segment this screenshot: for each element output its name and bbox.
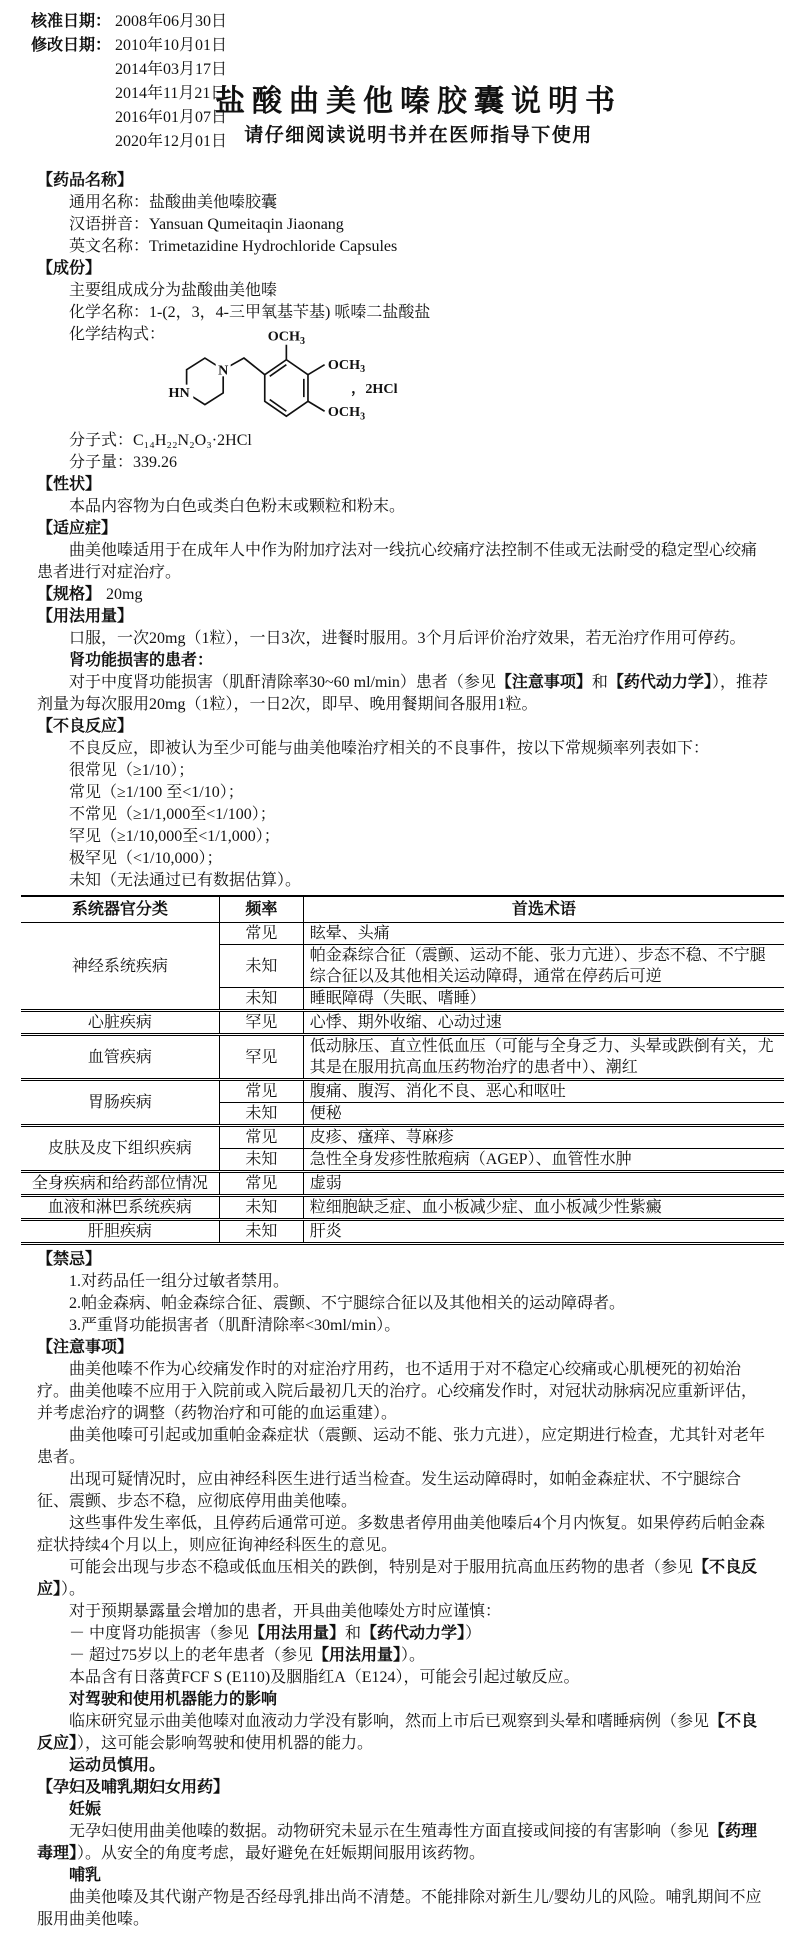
section-heading: 【不良反应】 (37, 716, 770, 738)
paragraph: 可能会出现与步态不稳或低血压相关的跌倒，特别是对于服用抗高血压药物的患者（参见【… (37, 1557, 770, 1601)
subheading: 对驾驶和使用机器能力的影响 (37, 1689, 770, 1711)
paragraph: 未知（无法通过已有数据估算）。 (37, 870, 770, 892)
adverse-reactions-table: 系统器官分类 频率 首选术语 神经系统疾病常见眩晕、头痛未知帕金森综合征（震颤、… (21, 895, 784, 1245)
section-heading: 【用法用量】 (37, 606, 770, 628)
section-heading: 【孕妇及哺乳期妇女用药】 (37, 1777, 770, 1799)
revision-date-value: 2014年03月17日 (31, 58, 227, 82)
preferred-term-cell: 腹痛、腹泻、消化不良、恶心和呕吐 (303, 1080, 784, 1103)
paragraph: 无孕妇使用曲美他嗪的数据。动物研究未显示在生殖毒性方面直接或间接的有害影响（参见… (37, 1821, 770, 1865)
preferred-term-cell: 便秘 (303, 1103, 784, 1126)
organ-class-cell: 血液和淋巴系统疾病 (21, 1196, 219, 1220)
specification-line: 【规格】20mg (37, 584, 770, 606)
drug-insert-document: 核准日期：2008年06月30日 修改日期：2010年10月01日 2014年0… (0, 0, 800, 1943)
approval-date-value: 2008年06月30日 (115, 13, 227, 30)
paragraph: 对于中度肾功能损害（肌酐清除率30~60 ml/min）患者（参见【注意事项】和… (37, 672, 770, 716)
column-header-organ: 系统器官分类 (21, 896, 219, 923)
preferred-term-cell: 帕金森综合征（震颤、运动不能、张力亢进）、步态不稳、不宁腿综合征以及其他相关运动… (303, 945, 784, 988)
organ-class-cell: 全身疾病和给药部位情况 (21, 1172, 219, 1196)
section-heading: 【性状】 (37, 474, 770, 496)
paragraph: 曲美他嗪适用于在成年人中作为附加疗法对一线抗心绞痛疗法控制不佳或无法耐受的稳定型… (37, 540, 770, 584)
paragraph: 主要组成成分为盐酸曲美他嗪 (37, 280, 770, 302)
organ-class-cell: 肝胆疾病 (21, 1220, 219, 1244)
section-drug-name: 【药品名称】 通用名称：盐酸曲美他嗪胶囊汉语拼音：Yansuan Qumeita… (37, 170, 770, 258)
preferred-term-cell: 眩晕、头痛 (303, 923, 784, 945)
section-heading: 【药品名称】 (37, 170, 770, 192)
paragraph: 这些事件发生率低，且停药后通常可逆。多数患者停用曲美他嗪后4个月内恢复。如果停药… (37, 1513, 770, 1557)
subheading: 运动员慎用。 (37, 1755, 770, 1777)
table-header-row: 系统器官分类 频率 首选术语 (21, 896, 784, 923)
paragraph: 本品内容物为白色或类白色粉末或颗粒和粉末。 (37, 496, 770, 518)
nh-label: HN (169, 385, 191, 401)
section-contraindications: 【禁忌】 1.对药品任一组分过敏者禁用。2.帕金森病、帕金森综合征、震颤、不宁腿… (37, 1249, 770, 1337)
adverse-table-row: 心脏疾病罕见心悸、期外收缩、心动过速 (21, 1011, 784, 1035)
paragraph: 分子量：339.26 (37, 452, 770, 474)
frequency-cell: 常见 (219, 1172, 303, 1196)
paragraph: 常见（≥1/100 至<1/10）； (37, 782, 770, 804)
frequency-cell: 未知 (219, 1103, 303, 1126)
section-heading: 【注意事项】 (37, 1337, 770, 1359)
subheading: 肾功能损害的患者： (37, 650, 770, 672)
paragraph: 不良反应，即被认为至少可能与曲美他嗪治疗相关的不良事件，按以下常规频率列表如下： (37, 738, 770, 760)
column-header-frequency: 频率 (219, 896, 303, 923)
section-body: 1.对药品任一组分过敏者禁用。2.帕金森病、帕金森综合征、震颤、不宁腿综合征以及… (37, 1271, 770, 1337)
preferred-term-cell: 低动脉压、直立性低血压（可能与全身乏力、头晕或跌倒有关，尤其是在服用抗高血压药物… (303, 1035, 784, 1080)
frequency-cell: 常见 (219, 1080, 303, 1103)
frequency-cell: 未知 (219, 988, 303, 1011)
section-body: 妊娠无孕妇使用曲美他嗪的数据。动物研究未显示在生殖毒性方面直接或间接的有害影响（… (37, 1799, 770, 1931)
methoxy-label-right: OCH3 (328, 357, 365, 375)
section-heading: 【规格】 (37, 586, 101, 603)
preferred-term-cell: 睡眠障碍（失眠、嗜睡） (303, 988, 784, 1011)
paragraph: 不常见（≥1/1,000至<1/100）； (37, 804, 770, 826)
column-header-term: 首选术语 (303, 896, 784, 923)
section-heading: 【适应症】 (37, 518, 770, 540)
page-subtitle: 请仔细阅读说明书并在医师指导下使用 (67, 123, 770, 149)
paragraph: 2.帕金森病、帕金森综合征、震颤、不宁腿综合征以及其他相关的运动障碍者。 (37, 1293, 770, 1315)
organ-class-cell: 皮肤及皮下组织疾病 (21, 1126, 219, 1172)
paragraph: 临床研究显示曲美他嗪对血液动力学没有影响，然而上市后已观察到头晕和嗜睡病例（参见… (37, 1711, 770, 1755)
paragraph: 很常见（≥1/10）； (37, 760, 770, 782)
adverse-table-row: 肝胆疾病未知肝炎 (21, 1220, 784, 1244)
adverse-table-row: 神经系统疾病常见眩晕、头痛 (21, 923, 784, 945)
subheading: 妊娠 (37, 1799, 770, 1821)
section-composition: 【成份】 主要组成成分为盐酸曲美他嗪化学名称：1-(2，3，4-三甲氧基苄基) … (37, 258, 770, 474)
paragraph: － 超过75岁以上的老年患者（参见【用法用量】）。 (37, 1645, 770, 1667)
preferred-term-cell: 心悸、期外收缩、心动过速 (303, 1011, 784, 1035)
section-body: 曲美他嗪适用于在成年人中作为附加疗法对一线抗心绞痛疗法控制不佳或无法耐受的稳定型… (37, 540, 770, 584)
section-body: 本品内容物为白色或类白色粉末或颗粒和粉末。 (37, 496, 770, 518)
section-body: 不良反应，即被认为至少可能与曲美他嗪治疗相关的不良事件，按以下常规频率列表如下：… (37, 738, 770, 892)
chemical-structure-drawing: N HN OCH3 OCH3 OCH3 ，2HCl (165, 328, 431, 428)
frequency-cell: 常见 (219, 1126, 303, 1149)
paragraph: 通用名称：盐酸曲美他嗪胶囊 (37, 192, 770, 214)
paragraph: 1.对药品任一组分过敏者禁用。 (37, 1271, 770, 1293)
paragraph: 英文名称：Trimetazidine Hydrochloride Capsule… (37, 236, 770, 258)
preferred-term-cell: 皮疹、瘙痒、荨麻疹 (303, 1126, 784, 1149)
section-specification: 【规格】20mg (37, 584, 770, 606)
paragraph: 化学名称：1-(2，3，4-三甲氧基苄基) 哌嗪二盐酸盐 (37, 302, 770, 324)
organ-class-cell: 心脏疾病 (21, 1011, 219, 1035)
revision-date-value: 2010年10月01日 (115, 37, 227, 54)
paragraph: 出现可疑情况时，应由神经科医生进行适当检查。发生运动障碍时，如帕金森症状、不宁腿… (37, 1469, 770, 1513)
adverse-table-row: 血管疾病罕见低动脉压、直立性低血压（可能与全身乏力、头晕或跌倒有关，尤其是在服用… (21, 1035, 784, 1080)
section-properties: 【性状】 本品内容物为白色或类白色粉末或颗粒和粉末。 (37, 474, 770, 518)
paragraph: 曲美他嗪可引起或加重帕金森症状（震颤、运动不能、张力亢进），应定期进行检查，尤其… (37, 1425, 770, 1469)
frequency-cell: 未知 (219, 1220, 303, 1244)
adverse-table-row: 胃肠疾病常见腹痛、腹泻、消化不良、恶心和呕吐 (21, 1080, 784, 1103)
methoxy-label-bottom: OCH3 (328, 404, 365, 422)
paragraph: 本品含有日落黄FCF S (E110)及胭脂红A（E124），可能会引起过敏反应… (37, 1667, 770, 1689)
preferred-term-cell: 急性全身发疹性脓疱病（AGEP）、血管性水肿 (303, 1149, 784, 1172)
section-body: 分子式：C₁₄H₂₂N₂O₃·2HCl分子量：339.26 (37, 430, 770, 474)
paragraph: 3.严重肾功能损害者（肌酐清除率<30ml/min）。 (37, 1315, 770, 1337)
revision-date-label: 修改日期： (31, 34, 115, 58)
paragraph: 罕见（≥1/10,000至<1/1,000）； (37, 826, 770, 848)
preferred-term-cell: 肝炎 (303, 1220, 784, 1244)
specification-value: 20mg (106, 586, 142, 603)
section-precautions: 【注意事项】 曲美他嗪不作为心绞痛发作时的对症治疗用药，也不适用于对不稳定心绞痛… (37, 1337, 770, 1777)
section-indications: 【适应症】 曲美他嗪适用于在成年人中作为附加疗法对一线抗心绞痛疗法控制不佳或无法… (37, 518, 770, 584)
paragraph: 分子式：C₁₄H₂₂N₂O₃·2HCl (37, 430, 770, 452)
preferred-term-cell: 粒细胞缺乏症、血小板减少症、血小板减少性紫癜 (303, 1196, 784, 1220)
frequency-cell: 未知 (219, 1149, 303, 1172)
paragraph: 极罕见（<1/10,000）； (37, 848, 770, 870)
paragraph: 曲美他嗪及其代谢产物是否经母乳排出尚不清楚。不能排除对新生儿/婴幼儿的风险。哺乳… (37, 1887, 770, 1931)
frequency-cell: 罕见 (219, 1011, 303, 1035)
adverse-table-row: 全身疾病和给药部位情况常见虚弱 (21, 1172, 784, 1196)
nitrogen-label: N (218, 363, 229, 379)
frequency-cell: 未知 (219, 1196, 303, 1220)
section-adverse-reactions: 【不良反应】 不良反应，即被认为至少可能与曲美他嗪治疗相关的不良事件，按以下常规… (37, 716, 770, 1245)
hydrochloride-label: ，2HCl (351, 381, 397, 397)
paragraph: 曲美他嗪不作为心绞痛发作时的对症治疗用药，也不适用于对不稳定心绞痛或心肌梗死的初… (37, 1359, 770, 1425)
organ-class-cell: 血管疾病 (21, 1035, 219, 1080)
frequency-cell: 常见 (219, 923, 303, 945)
organ-class-cell: 胃肠疾病 (21, 1080, 219, 1126)
paragraph: 口服，一次20mg（1粒），一日3次，进餐时服用。3个月后评价治疗效果，若无治疗… (37, 628, 770, 650)
frequency-cell: 未知 (219, 945, 303, 988)
adverse-table-row: 血液和淋巴系统疾病未知粒细胞缺乏症、血小板减少症、血小板减少性紫癜 (21, 1196, 784, 1220)
revision-date-row: 修改日期：2010年10月01日 (31, 34, 227, 58)
paragraph: 汉语拼音：Yansuan Qumeitaqin Jiaonang (37, 214, 770, 236)
approval-date-row: 核准日期：2008年06月30日 (31, 10, 227, 34)
section-heading: 【成份】 (37, 258, 770, 280)
paragraph: － 中度肾功能损害（参见【用法用量】和【药代动力学】） (37, 1623, 770, 1645)
section-body: 曲美他嗪不作为心绞痛发作时的对症治疗用药，也不适用于对不稳定心绞痛或心肌梗死的初… (37, 1359, 770, 1777)
subheading: 哺乳 (37, 1865, 770, 1887)
title-block: 盐酸曲美他嗪胶囊说明书 请仔细阅读说明书并在医师指导下使用 (37, 84, 770, 149)
frequency-cell: 罕见 (219, 1035, 303, 1080)
approval-date-label: 核准日期： (31, 10, 115, 34)
chemical-structure: N HN OCH3 OCH3 OCH3 ，2HCl (165, 328, 770, 428)
document-header: 核准日期：2008年06月30日 修改日期：2010年10月01日 2014年0… (37, 0, 770, 170)
section-body: 口服，一次20mg（1粒），一日3次，进餐时服用。3个月后评价治疗效果，若无治疗… (37, 628, 770, 716)
adverse-table-row: 皮肤及皮下组织疾病常见皮疹、瘙痒、荨麻疹 (21, 1126, 784, 1149)
paragraph: 对于预期暴露量会增加的患者，开具曲美他嗪处方时应谨慎： (37, 1601, 770, 1623)
page-title: 盐酸曲美他嗪胶囊说明书 (67, 84, 770, 120)
section-body: 通用名称：盐酸曲美他嗪胶囊汉语拼音：Yansuan Qumeitaqin Jia… (37, 192, 770, 258)
methoxy-label-top: OCH3 (268, 329, 305, 347)
organ-class-cell: 神经系统疾病 (21, 923, 219, 1011)
preferred-term-cell: 虚弱 (303, 1172, 784, 1196)
section-heading: 【禁忌】 (37, 1249, 770, 1271)
section-dosage: 【用法用量】 口服，一次20mg（1粒），一日3次，进餐时服用。3个月后评价治疗… (37, 606, 770, 716)
section-pregnancy: 【孕妇及哺乳期妇女用药】 妊娠无孕妇使用曲美他嗪的数据。动物研究未显示在生殖毒性… (37, 1777, 770, 1931)
